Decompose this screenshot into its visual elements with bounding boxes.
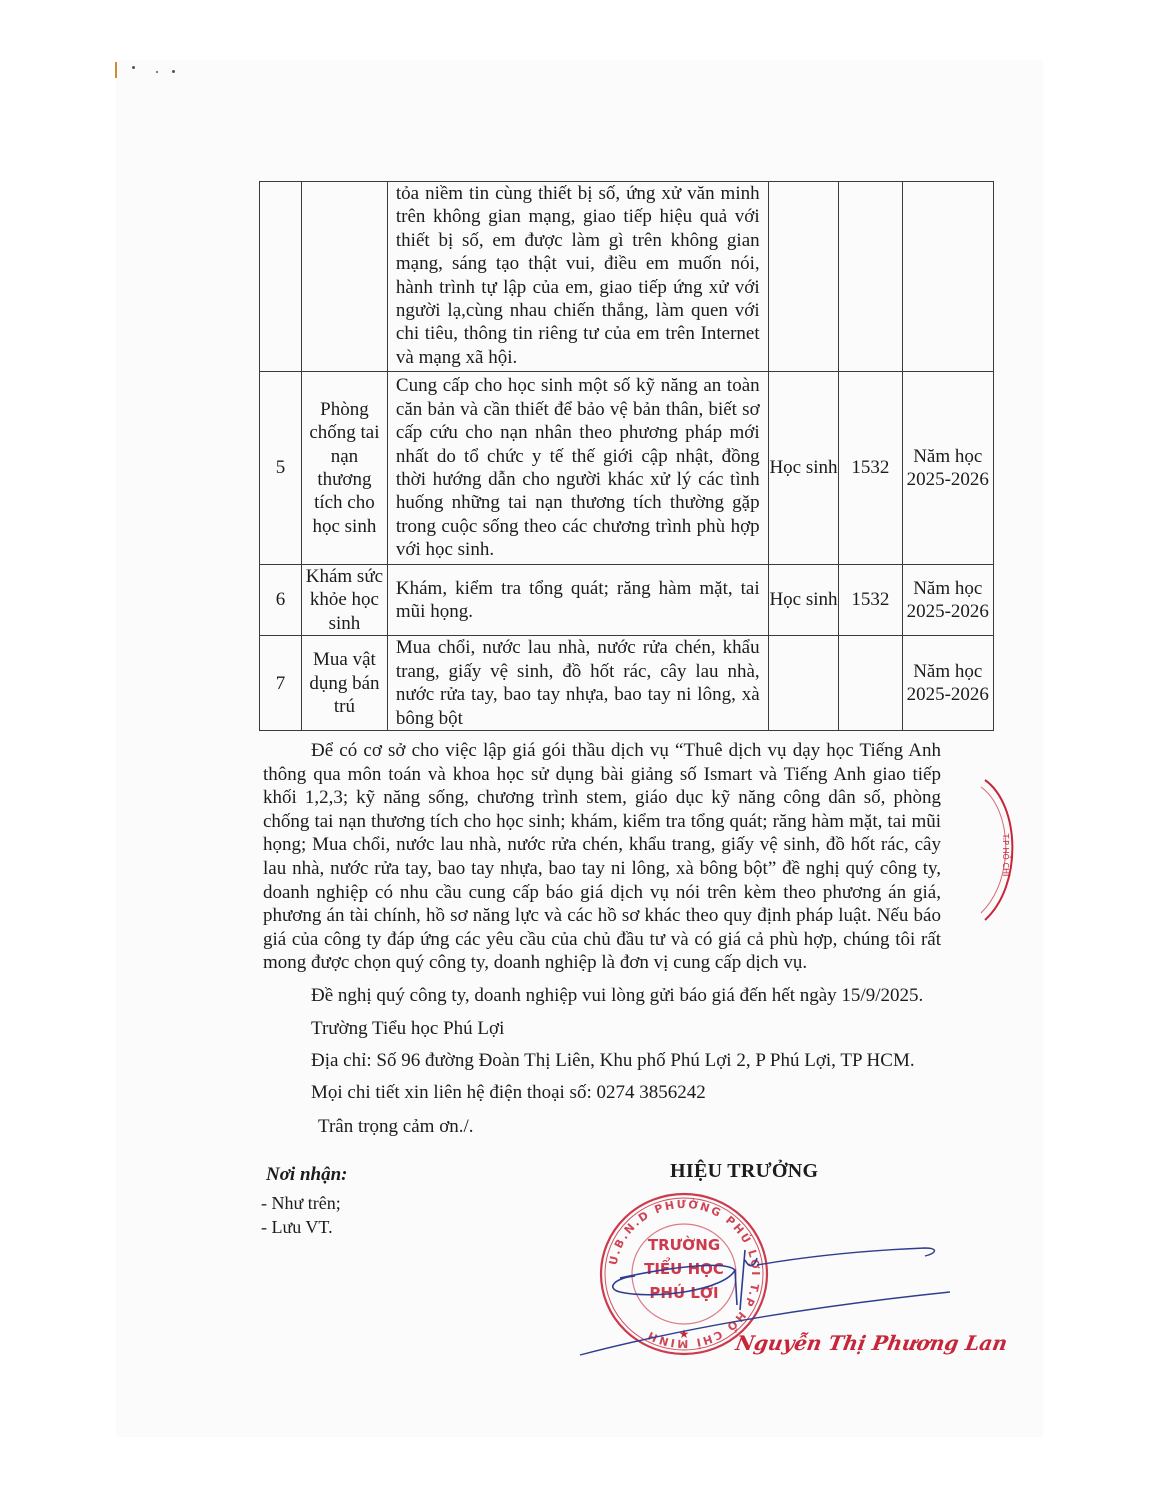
school-name: Trường Tiểu học Phú Lợi: [311, 1018, 504, 1040]
cell-quantity: 1532: [839, 372, 902, 565]
recipients-title: Nơi nhận:: [266, 1164, 347, 1186]
cell-no: 6: [260, 565, 302, 636]
cell-name: Mua vật dụng bán trú: [301, 636, 387, 731]
scan-speck: [172, 70, 175, 73]
cell-name: Khám sức khỏe học sinh: [301, 565, 387, 636]
scan-speck: [132, 66, 135, 69]
scan-speck: [156, 71, 158, 73]
cell-time: Năm học 2025-2026: [902, 372, 993, 565]
contact-line: Mọi chi tiết xin liên hệ điện thoại số: …: [311, 1082, 706, 1104]
cell-no: 7: [260, 636, 302, 731]
cell-no: 5: [260, 372, 302, 565]
cell-quantity: 1532: [839, 565, 902, 636]
cell-description: Mua chổi, nước lau nhà, nước rửa chén, k…: [387, 636, 768, 731]
closing-line: Trân trọng cảm ơn./.: [318, 1116, 474, 1138]
deadline-line: Đề nghị quý công ty, doanh nghiệp vui lò…: [311, 985, 923, 1007]
table-row: 7 Mua vật dụng bán trú Mua chổi, nước la…: [260, 636, 994, 731]
cell-unit: [768, 636, 839, 731]
services-table: tỏa niềm tin cùng thiết bị số, ứng xử vă…: [259, 181, 994, 731]
signer-title: HIỆU TRƯỞNG: [670, 1160, 818, 1183]
cell-description: tỏa niềm tin cùng thiết bị số, ứng xử vă…: [387, 182, 768, 372]
cell-name: [301, 182, 387, 372]
table-row: 6 Khám sức khỏe học sinh Khám, kiểm tra …: [260, 565, 994, 636]
cell-unit: [768, 182, 839, 372]
cell-description: Cung cấp cho học sinh một số kỹ năng an …: [387, 372, 768, 565]
cell-no: [260, 182, 302, 372]
recipient-item: - Như trên;: [261, 1193, 341, 1214]
cell-description: Khám, kiểm tra tổng quát; răng hàm mặt, …: [387, 565, 768, 636]
stamp-fragment-icon: T.P HỒ CHÍ: [975, 775, 1025, 925]
table-row: tỏa niềm tin cùng thiết bị số, ứng xử vă…: [260, 182, 994, 372]
scan-edge-mark: [115, 62, 117, 78]
cell-time: Năm học 2025-2026: [902, 636, 993, 731]
cell-unit: Học sinh: [768, 565, 839, 636]
cell-quantity: [839, 636, 902, 731]
cell-name: Phòng chống tai nạn thương tích cho học …: [301, 372, 387, 565]
table-row: 5 Phòng chống tai nạn thương tích cho họ…: [260, 372, 994, 565]
address-line: Địa chỉ: Số 96 đường Đoàn Thị Liên, Khu …: [311, 1050, 915, 1072]
cell-quantity: [839, 182, 902, 372]
cell-time: Năm học 2025-2026: [902, 565, 993, 636]
cell-unit: Học sinh: [768, 372, 839, 565]
cell-time: [902, 182, 993, 372]
recipient-item: - Lưu VT.: [261, 1217, 333, 1238]
request-paragraph: Để có cơ sở cho việc lập giá gói thầu dị…: [263, 739, 941, 975]
signer-name: Nguyễn Thị Phương Lan: [734, 1331, 1009, 1355]
